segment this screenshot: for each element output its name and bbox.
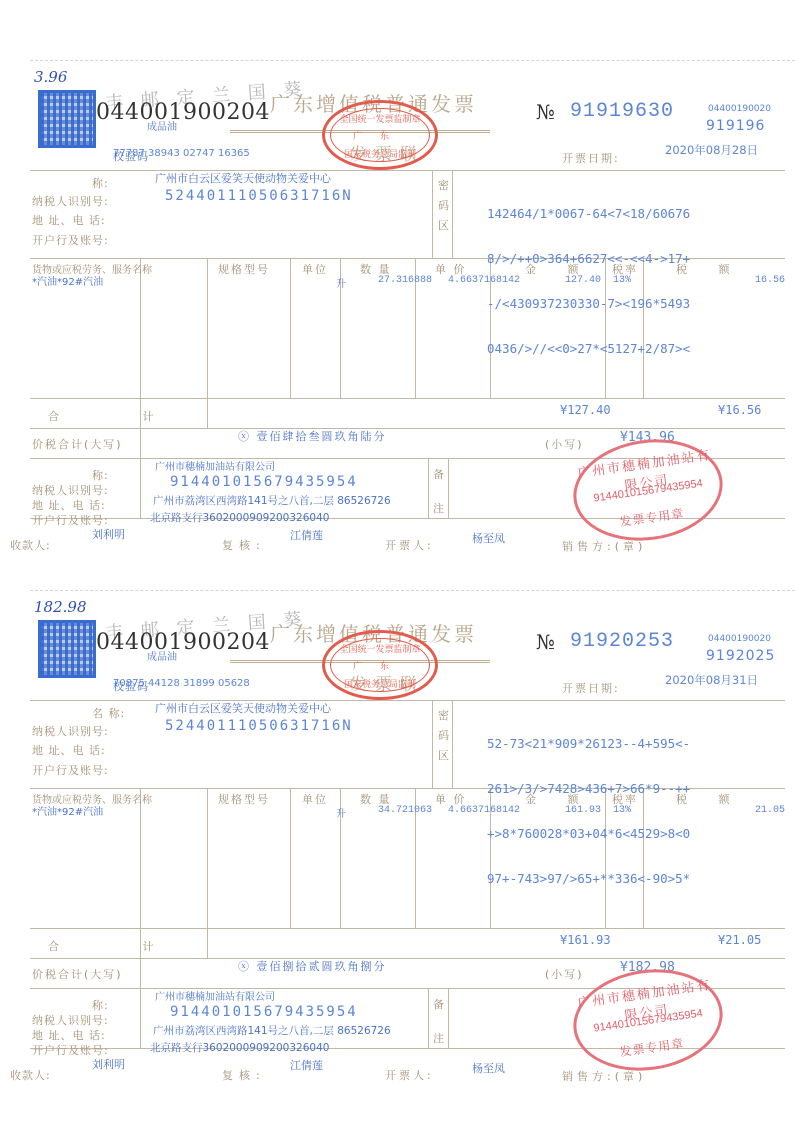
invoice-date: 2020年08月31日	[665, 672, 758, 688]
seller-name-label: 称:	[92, 467, 109, 483]
grid-line	[290, 258, 291, 398]
total-tax: ¥21.05	[718, 933, 761, 947]
item-unit: 升	[336, 805, 346, 820]
cipher-label-char: 码	[438, 196, 450, 216]
grand-total-words: ⓧ 壹佰肆拾叁圆玖角陆分	[238, 428, 387, 444]
grid-line	[140, 428, 141, 518]
remarks-label: 备	[433, 996, 445, 1012]
total-amount: ¥161.93	[560, 933, 611, 947]
seller-tax-id: 914401015679435954	[170, 1004, 358, 1020]
side-invoice-number: 919196	[706, 118, 765, 134]
buyer-name-label: 称:	[92, 175, 109, 191]
buyer-bank-label: 开户行及账号:	[32, 762, 109, 778]
buyer-name-label: 名 称:	[92, 705, 125, 721]
item-unit-price: 4.6637168142	[448, 275, 520, 286]
product-type: 成品油	[147, 118, 177, 133]
cipher-label-char: 区	[438, 216, 450, 236]
grid-line	[207, 788, 208, 958]
remarks-label: 注	[433, 1030, 445, 1046]
date-label: 开票日期:	[562, 680, 620, 696]
buyer-address-label: 地 址、电 话:	[32, 212, 106, 228]
buyer-tax-id: 52440111050631716N	[165, 188, 353, 204]
grid-line	[140, 258, 141, 428]
buyer-bank-label: 开户行及账号:	[32, 232, 109, 248]
remarks-label: 注	[433, 500, 445, 516]
seller-invoice-stamp: 广州市穗楠加油站有限公司 914401015679435954 发票专用章	[567, 430, 729, 550]
column-header-spec: 规格型号	[218, 791, 270, 807]
item-quantity: 34.721063	[378, 805, 432, 816]
seller-address: 广州市荔湾区西湾路141号之八首,二层 86526726	[153, 1023, 391, 1038]
column-header-tax: 税 额	[676, 791, 744, 807]
grand-total-words: ⓧ 壹佰捌拾贰圆玖角捌分	[238, 958, 387, 974]
side-invoice-code: 04400190020	[708, 104, 771, 114]
grand-total-words-label: 价税合计(大写)	[32, 436, 123, 452]
product-type: 成品油	[147, 648, 177, 663]
grid-line	[30, 428, 785, 429]
invoice-1: 3.96 丰 邮 定 兰 国 葵 044001900204 成品油 校验码 77…	[0, 60, 795, 560]
grid-line	[30, 700, 785, 701]
payee-label: 收款人:	[10, 537, 51, 553]
invoice-code: 044001900204	[96, 630, 270, 655]
item-tax-rate: 13%	[613, 805, 631, 816]
cipher-area-label: 密 码 区	[438, 176, 450, 236]
grid-line	[290, 788, 291, 928]
item-unit-price: 4.6637168142	[448, 805, 520, 816]
grid-line	[432, 700, 433, 788]
grid-line	[207, 258, 208, 428]
seller-name: 广州市穗楠加油站有限公司	[155, 988, 275, 1003]
remarks-label: 备	[433, 466, 445, 482]
reviewer-label: 复核:	[222, 537, 266, 553]
grand-total-words-label: 价税合计(大写)	[32, 966, 123, 982]
invoice-date: 2020年08月28日	[665, 142, 758, 158]
drawer-label: 开票人:	[385, 1067, 434, 1083]
item-amount: 161.93	[565, 805, 601, 816]
handwritten-note: 3.96	[34, 68, 67, 86]
reviewer: 江倩莲	[290, 1057, 323, 1073]
cipher-line: 97+-743>97/>65+**336<-90>5*	[487, 871, 690, 886]
number-sign: №	[536, 100, 555, 124]
tax-bureau-stamp: 全国统一发票监制章 广东 国家税务总局监制	[322, 100, 438, 170]
column-header-tax: 税 额	[676, 261, 744, 277]
seller-invoice-stamp: 广州市穗楠加油站有限公司 914401015679435954 发票专用章	[567, 960, 729, 1080]
check-code: 校验码 77787 38943 02747 16365	[113, 148, 250, 159]
grid-line	[452, 700, 453, 788]
item-unit: 升	[336, 275, 346, 290]
grid-line	[30, 170, 785, 171]
cipher-area-label: 密 码 区	[438, 706, 450, 766]
seller-address-label: 地 址、电 话:	[32, 1027, 106, 1043]
check-code-label: 校验码	[113, 148, 149, 164]
invoice-2: 182.98 丰 邮 定 兰 国 葵 044001900204 成品油 校验码 …	[0, 590, 795, 1090]
grid-line	[30, 398, 785, 399]
buyer-name: 广州市白云区爱笑天使动物关爱中心	[155, 170, 331, 186]
cipher-label-char: 密	[438, 176, 450, 196]
stamp-line: 广东	[325, 659, 435, 672]
buyer-tax-id-label: 纳税人识别号:	[32, 193, 109, 209]
cipher-line: 142464/1*0067-64<7<18/60676	[487, 206, 690, 221]
item-quantity: 27.316888	[378, 275, 432, 286]
grand-total-small-label: (小写)	[545, 436, 584, 452]
payee: 刘利明	[92, 1056, 125, 1072]
date-label: 开票日期:	[562, 150, 620, 166]
cipher-line: -/<430937230330-7><196*5493	[487, 296, 690, 311]
total-label: 合 计	[48, 938, 194, 954]
drawer-label: 开票人:	[385, 537, 434, 553]
qr-code-icon	[38, 90, 96, 148]
total-amount: ¥127.40	[560, 403, 611, 417]
seller-address: 广州市荔湾区西湾路141号之八首,二层 86526726	[153, 493, 391, 508]
reviewer-label: 复核:	[222, 1067, 266, 1083]
handwritten-note: 182.98	[34, 598, 87, 616]
cipher-label-char: 码	[438, 726, 450, 746]
grid-line	[140, 788, 141, 958]
seller-tax-id-label: 纳税人识别号:	[32, 482, 109, 498]
check-code-label: 校验码	[113, 678, 149, 694]
grid-line	[140, 958, 141, 1048]
tax-bureau-stamp: 全国统一发票监制章 广东 国家税务总局监制	[322, 630, 438, 700]
item-amount: 127.40	[565, 275, 601, 286]
item-name: *汽油*92#汽油	[32, 803, 103, 818]
item-tax: 21.05	[755, 805, 785, 816]
seller-seal-label: 销售方:(章)	[562, 538, 646, 554]
stamp-type: 发票专用章	[579, 1029, 724, 1066]
column-header-unit: 单位	[302, 791, 328, 807]
seller-name: 广州市穗楠加油站有限公司	[155, 458, 275, 473]
item-tax: 16.56	[755, 275, 785, 286]
seller-name-label: 称:	[92, 997, 109, 1013]
invoice-code: 044001900204	[96, 100, 270, 125]
item-tax-rate: 13%	[613, 275, 631, 286]
grid-line	[432, 170, 433, 258]
stamp-line: 国家税务总局监制	[325, 677, 435, 690]
grid-line	[452, 170, 453, 258]
stamp-line: 全国统一发票监制章	[325, 642, 435, 655]
grid-line	[428, 988, 429, 1048]
column-header-unit: 单位	[302, 261, 328, 277]
cipher-label-char: 区	[438, 746, 450, 766]
page-edge	[30, 590, 795, 591]
grid-line	[428, 458, 429, 518]
qr-code-icon	[38, 620, 96, 678]
buyer-name: 广州市白云区爱笑天使动物关爱中心	[155, 700, 331, 716]
seller-address-label: 地 址、电 话:	[32, 497, 106, 513]
invoice-number: 91920253	[570, 630, 674, 653]
grid-line	[30, 928, 785, 929]
column-header-spec: 规格型号	[218, 261, 270, 277]
item-name: *汽油*92#汽油	[32, 273, 103, 288]
payee-label: 收款人:	[10, 1067, 51, 1083]
buyer-address-label: 地 址、电 话:	[32, 742, 106, 758]
stamp-line: 全国统一发票监制章	[325, 112, 435, 125]
number-sign: №	[536, 630, 555, 654]
grid-line	[448, 458, 449, 518]
seller-bank: 北京路支行3602000909200326040	[150, 1040, 329, 1055]
cipher-line: +>8*760028*03+04*6<4529>8<0	[487, 826, 690, 841]
total-label: 合 计	[48, 408, 194, 424]
check-code: 校验码 70875 44128 31899 05628	[113, 678, 250, 689]
side-invoice-number: 9192025	[706, 648, 775, 664]
drawer: 杨至凤	[472, 530, 505, 546]
stamp-line: 广东	[325, 129, 435, 142]
invoice-number: 91919630	[570, 100, 674, 123]
buyer-tax-id-label: 纳税人识别号:	[32, 723, 109, 739]
payee: 刘利明	[92, 526, 125, 542]
seller-tax-id: 914401015679435954	[170, 474, 358, 490]
page-edge	[30, 60, 795, 61]
seller-tax-id-label: 纳税人识别号:	[32, 1012, 109, 1028]
seller-bank: 北京路支行3602000909200326040	[150, 510, 329, 525]
grid-line	[448, 988, 449, 1048]
stamp-line: 国家税务总局监制	[325, 147, 435, 160]
cipher-line: 0436/>//<<0>27*<5127+2/87><	[487, 341, 690, 356]
reviewer: 江倩莲	[290, 527, 323, 543]
buyer-tax-id: 52440111050631716N	[165, 718, 353, 734]
grand-total-small-label: (小写)	[545, 966, 584, 982]
cipher-line: 52-73<21*909*26123--4+595<-	[487, 736, 690, 751]
total-tax: ¥16.56	[718, 403, 761, 417]
seller-seal-label: 销售方:(章)	[562, 1068, 646, 1084]
stamp-type: 发票专用章	[579, 499, 724, 536]
grid-line	[30, 958, 785, 959]
side-invoice-code: 04400190020	[708, 634, 771, 644]
cipher-label-char: 密	[438, 706, 450, 726]
drawer: 杨至凤	[472, 1060, 505, 1076]
